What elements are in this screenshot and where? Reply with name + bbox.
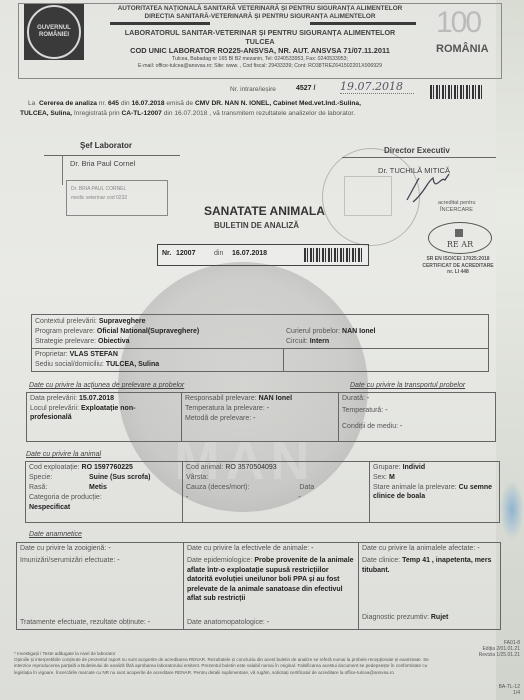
lab-head-bracket (62, 155, 63, 185)
lab-head-title: Şef Laborator (80, 141, 132, 150)
renar-emblem-icon (455, 229, 463, 237)
transport-section-title: Date cu privire la transportul probelor (350, 382, 465, 389)
accreditation-line-2: ÎNCERCARE (440, 207, 473, 213)
anamnesis-table: Date cu privire la zooigienă: - Imunizăr… (16, 542, 501, 630)
document-page: GUVERNUL ROMÂNIEI AUTORITATEA NAȚIONALĂ … (0, 0, 496, 700)
header-divider-left (110, 22, 210, 25)
director-line (342, 157, 496, 158)
intro-line-1: La Cererea de analiza nr. 645 din 16.07.… (28, 100, 361, 107)
lab-name: LABORATORUL SANITAR-VETERINAR ȘI PENTRU … (90, 28, 430, 37)
sampling-table: Data prelevării: 15.07.2018 Locul prelev… (26, 392, 496, 442)
registration-barcode (430, 85, 482, 99)
document-title: SANATATE ANIMALA (204, 204, 325, 218)
footer-disclaimer: * Investigații / Teste adăugate la nivel… (14, 651, 444, 676)
lab-code: COD UNIC LABORATOR RO225-ANSVSA, NR. AUT… (90, 46, 430, 55)
form-codes: FA01-8 Ediția 2/01.01.21 Revizia 1/25.01… (470, 640, 520, 696)
accreditation-standard: SR EN ISO/CEI 17025:2018 CERTIFICAT DE A… (418, 256, 498, 276)
lab-contact: E-mail: office-tulcea@ansvsa.ro; Site: w… (80, 63, 440, 69)
lab-city: TULCEA (90, 37, 430, 46)
anamnesis-section-title: Date anamnetice (29, 531, 82, 538)
header-divider-right (310, 22, 416, 25)
bulletin-barcode (304, 248, 362, 262)
bulletin-date: 16.07.2018 (232, 250, 267, 257)
lab-head-stamp: Dr. BRIA PAUL CORNEL medic veterinar cod… (66, 180, 168, 216)
authority-line-1: AUTORITATEA NAȚIONALĂ SANITARĂ VETERINAR… (90, 5, 430, 12)
lab-stamp-inner (344, 176, 392, 216)
lab-head-line (44, 155, 180, 156)
intro-line-2: TULCEA, Sulina, înregistrată prin CA-TL-… (20, 110, 355, 117)
accreditation-line-1: acreditat pentru (438, 200, 475, 206)
government-logo: GUVERNUL ROMÂNIEI (24, 4, 84, 60)
authority-line-2: DIRECȚIA SANITARĂ-VETERINARĂ ȘI PENTRU S… (90, 13, 430, 20)
lab-head-name: Dr. Bria Paul Cornel (70, 159, 135, 168)
romania-100-logo: 100 ROMÂNIA (436, 6, 496, 56)
animal-section-title: Date cu privire la animal (26, 451, 101, 458)
renar-logo: RE AR (428, 222, 492, 254)
coat-of-arms-icon: GUVERNUL ROMÂNIEI (27, 5, 81, 59)
registration-number: 4527 / (296, 85, 315, 92)
director-title: Director Executiv (384, 146, 450, 155)
background-blue-object (500, 480, 524, 540)
document-subtitle: BULETIN DE ANALIZĂ (214, 221, 299, 230)
sampling-section-title: Date cu privire la acțiunea de prelevare… (29, 382, 184, 389)
registration-label: Nr. intrare/ieșire (230, 86, 276, 93)
registration-date-handwritten: 19.07.2018 (340, 80, 414, 94)
bulletin-number: 12007 (176, 250, 195, 257)
context-table: Contextul prelevării: Supraveghere Progr… (31, 314, 489, 372)
lab-address: Tulcea, Babadag nr 165 Bl B2 mezanin, Te… (90, 56, 430, 62)
animal-table: Cod exploatație: RO 1597760225 Specie:Su… (25, 461, 500, 523)
